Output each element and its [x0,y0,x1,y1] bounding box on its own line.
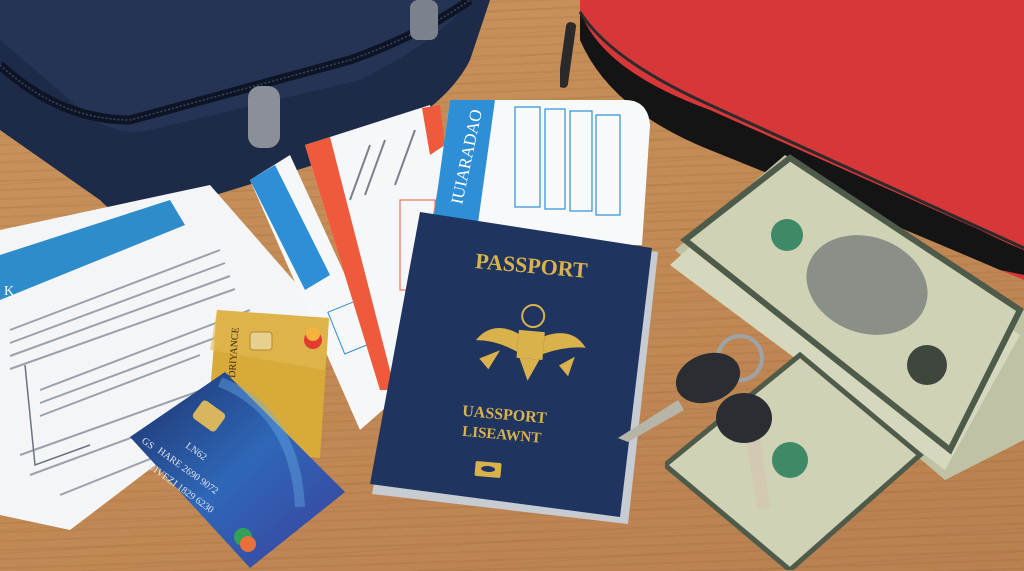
treasury-seal-icon [907,345,947,385]
document-header: K [4,284,14,299]
biometric-chip-icon [474,461,501,478]
zipper-pull [560,22,577,89]
blue-credit-card: LN62 HARE 2690 9072 UIVEZJ 1829 6230 GS [125,372,347,570]
car-keys [618,330,778,515]
card-chip-icon [250,332,272,350]
suitcase-handle-clip [248,86,280,148]
passport: PASSPORT UASSPORT LISEAWNT [370,212,660,527]
key-fob-2 [716,393,772,443]
